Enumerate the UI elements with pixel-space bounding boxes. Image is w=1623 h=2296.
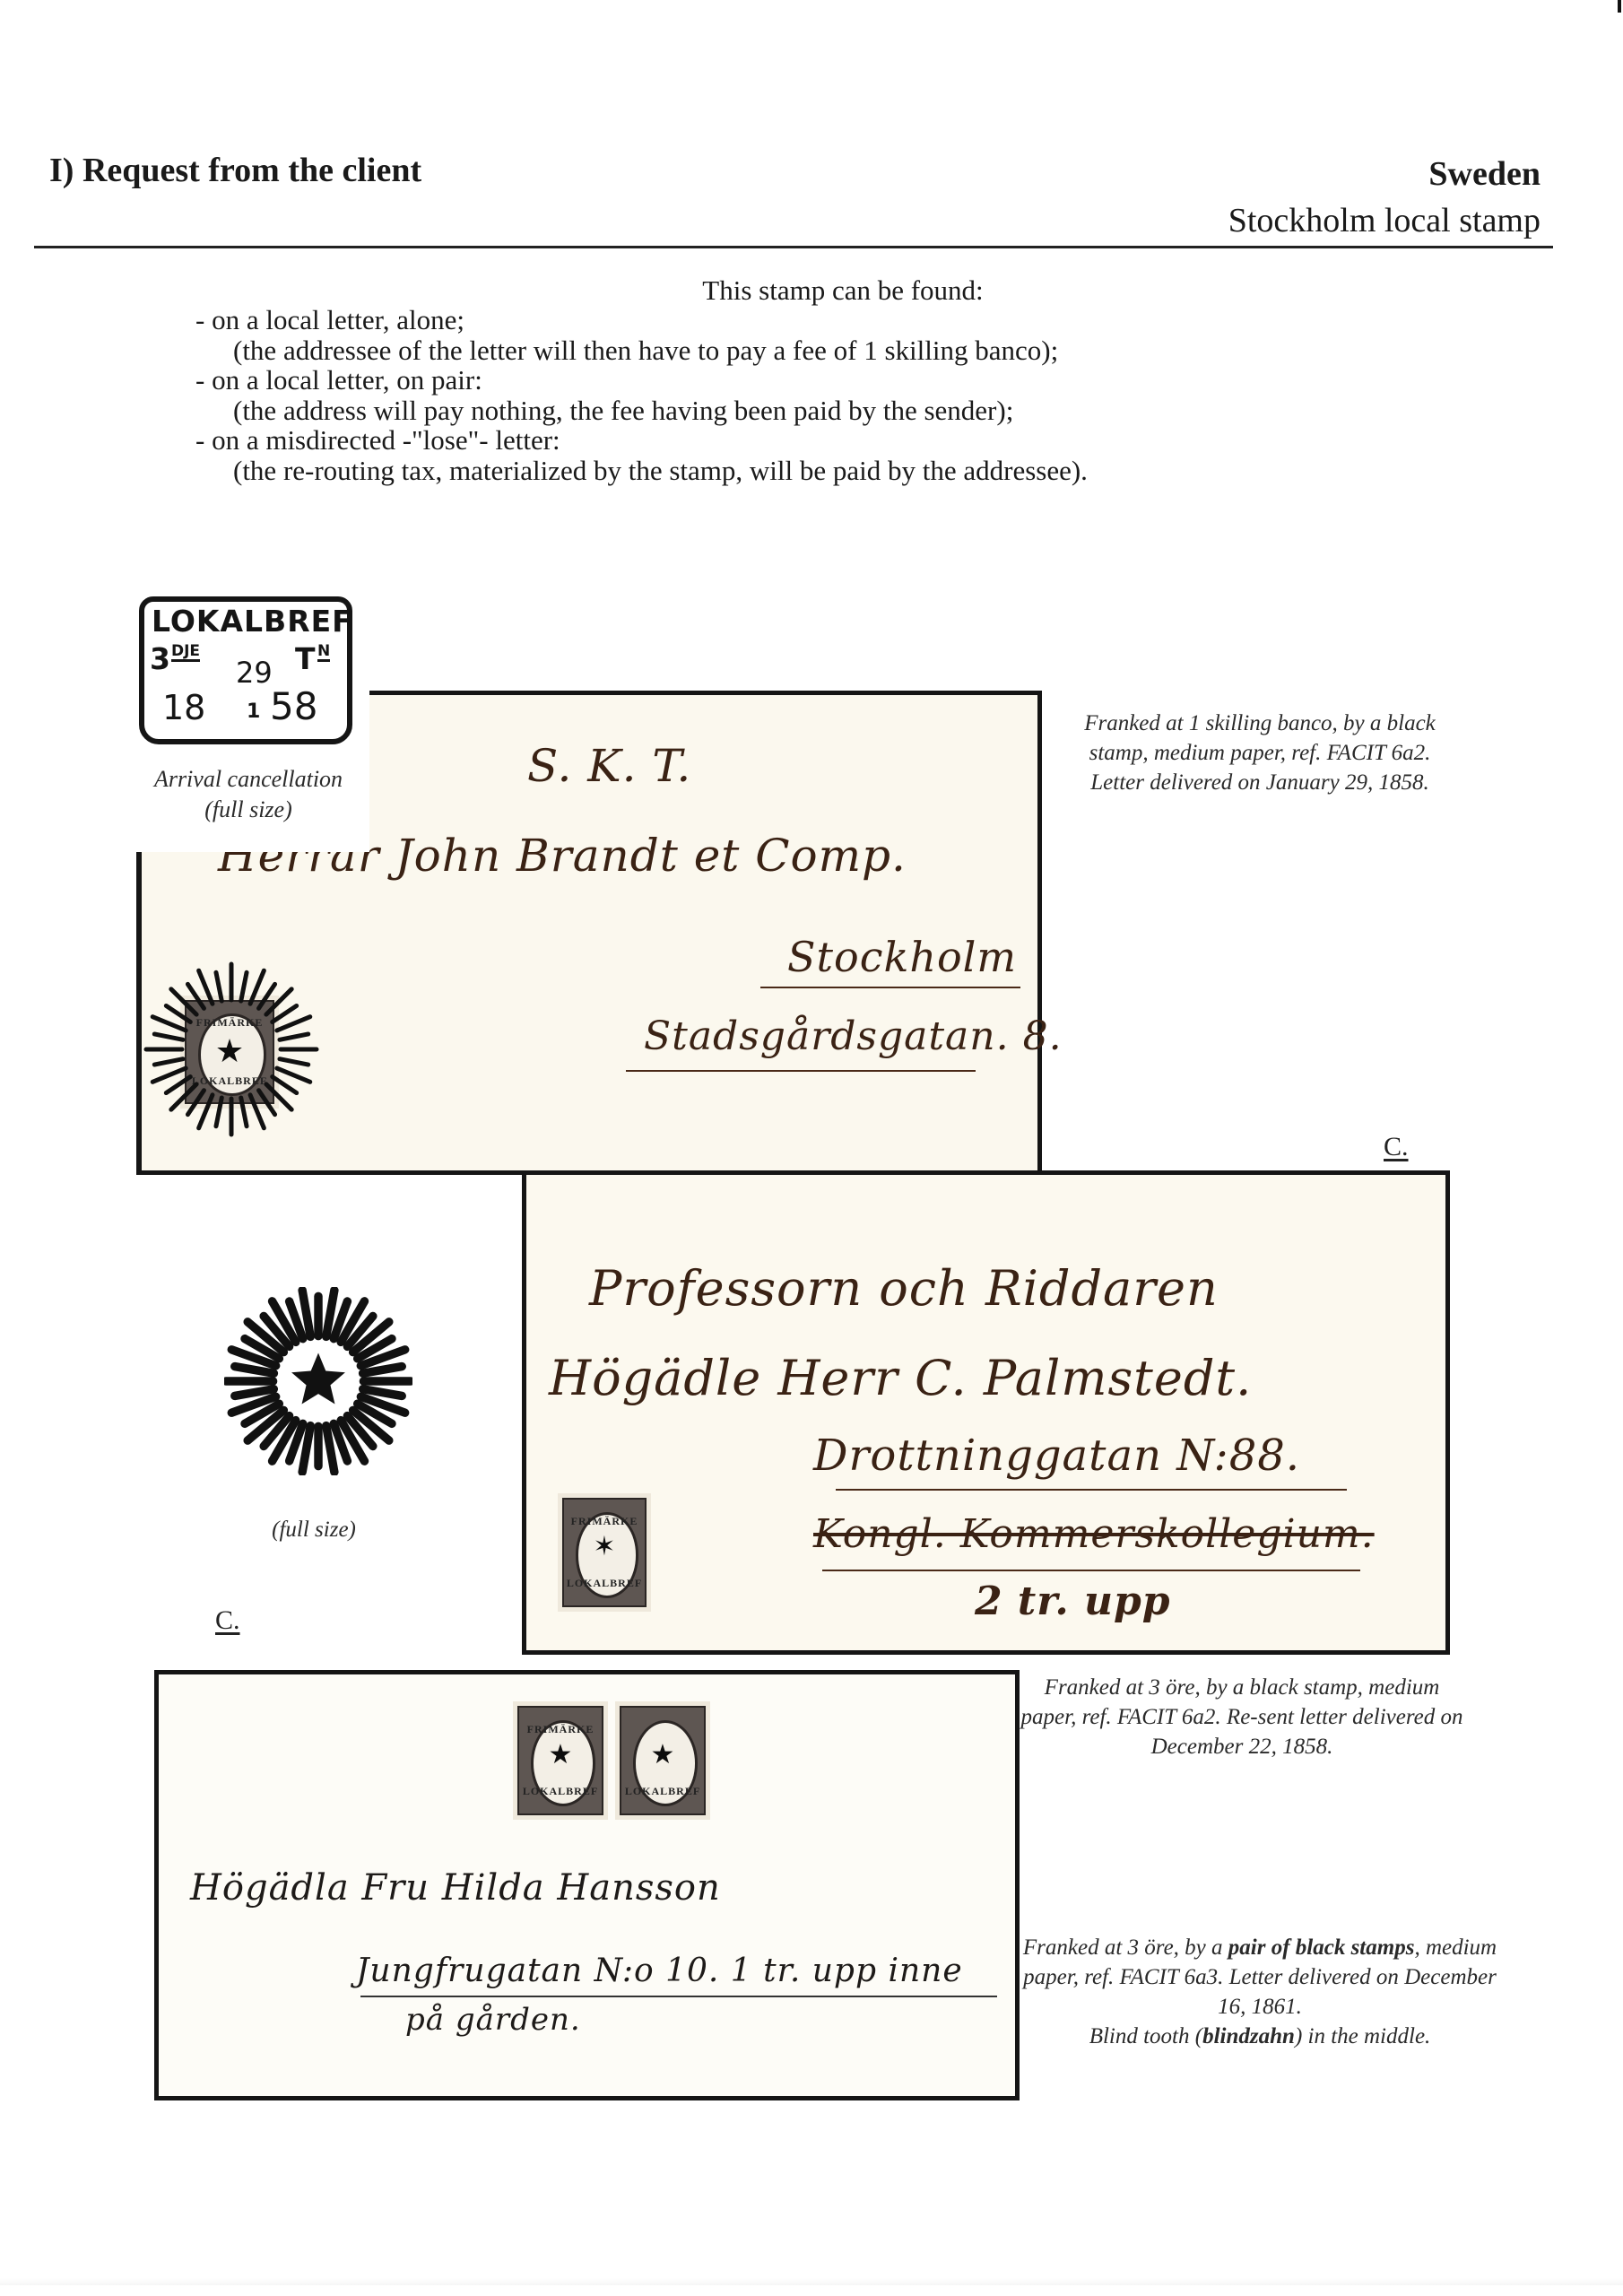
- scan-footer-shadow: [0, 2278, 1623, 2285]
- intro-bullet: - on a local letter, alone;: [195, 305, 1088, 335]
- arrival-cancellation-stamp: LOKALBREF 3 DJE 29 T N 18 1 58: [139, 596, 352, 744]
- stamp-legend-bottom: LOKALBREF: [519, 1785, 602, 1798]
- ink-underline: [836, 1489, 1347, 1491]
- address-line: Högädla Fru Hilda Hansson: [190, 1867, 721, 1909]
- caption-line: Arrival cancellation: [127, 764, 369, 795]
- envelope-3: Högädla Fru Hilda Hansson Jungfrugatan N…: [154, 1670, 1020, 2100]
- postage-stamp-right: LOKALBREF ★: [620, 1706, 706, 1815]
- cancel-year-prefix: 18: [162, 688, 205, 727]
- address-line: Stadsgårdsgatan. 8.: [644, 1013, 1063, 1059]
- star-icon: ★: [621, 1739, 704, 1770]
- address-line-struck: Kongl. Kommerskollegium.: [813, 1511, 1375, 1557]
- address-line: S. K. T.: [527, 740, 691, 792]
- envelope-2-caption: Franked at 3 öre, by a black stamp, medi…: [1018, 1673, 1466, 1761]
- caption-text: Franked at 3 öre, by a: [1023, 1935, 1228, 1960]
- arrival-cancellation-caption: Arrival cancellation (full size): [127, 764, 369, 825]
- address-line: Professorn och Riddaren: [589, 1260, 1219, 1317]
- star-icon: ✶: [564, 1531, 645, 1562]
- cancel-time-suffix: N: [317, 643, 330, 662]
- intro-bullet: - on a misdirected -"lose"- letter:: [195, 425, 1088, 456]
- address-line: 2 tr. upp: [975, 1578, 1171, 1624]
- cancel-delivery-number: 3: [150, 641, 170, 676]
- header-divider: [34, 246, 1553, 248]
- intro-bullet: - on a local letter, on pair:: [195, 365, 1088, 396]
- address-line: Drottninggatan N:88.: [813, 1431, 1300, 1481]
- certificate-mark: C.: [215, 1605, 240, 1636]
- stamp-legend-top: FRIMÄRKE: [564, 1515, 645, 1528]
- cancel-time: T: [295, 641, 316, 676]
- cancel-delivery-suffix: DJE: [171, 643, 200, 662]
- cancel-day: 29: [236, 656, 273, 690]
- caption-text: ) in the middle.: [1295, 2024, 1430, 2048]
- intro-list: - on a local letter, alone; (the address…: [195, 305, 1088, 485]
- cancel-year-suffix: 58: [270, 684, 317, 728]
- ink-underline: [822, 1570, 1360, 1571]
- caption-line: (full size): [127, 795, 369, 825]
- country-heading: Sweden: [1428, 154, 1541, 194]
- ink-underline: [626, 1070, 976, 1072]
- star-cancel-caption: (full size): [224, 1518, 404, 1543]
- certificate-mark: C.: [1384, 1132, 1409, 1162]
- intro-note: (the address will pay nothing, the fee h…: [195, 396, 1088, 426]
- subject-heading: Stockholm local stamp: [1228, 201, 1541, 240]
- address-line: Jungfrugatan N:o 10. 1 tr. upp inne: [356, 1952, 963, 1989]
- ink-underline: [360, 1996, 997, 1997]
- cancel-text: LOKALBREF: [152, 604, 353, 639]
- ink-underline: [760, 987, 1020, 988]
- stamp-legend-bottom: LOKALBREF: [621, 1785, 704, 1798]
- envelope-1-caption: Franked at 1 skilling banco, by a black …: [1081, 709, 1439, 797]
- stamp-legend-bottom: LOKALBREF: [564, 1577, 645, 1590]
- star-burst-cancel-icon: [142, 955, 321, 1144]
- postage-stamp: FRIMÄRKE ✶ LOKALBREF: [562, 1498, 647, 1607]
- caption-emphasis: blindzahn: [1202, 2024, 1295, 2048]
- postage-stamp-left: FRIMÄRKE ★ LOKALBREF: [517, 1706, 603, 1815]
- caption-emphasis: pair of black stamps: [1228, 1935, 1415, 1960]
- intro-note: (the re-routing tax, materialized by the…: [195, 456, 1088, 486]
- caption-text: Blind tooth (: [1089, 2024, 1202, 2048]
- star-icon: ★: [519, 1739, 602, 1770]
- intro-title: This stamp can be found:: [0, 274, 1623, 307]
- star-burst-cancel-icon: [224, 1287, 412, 1475]
- envelope-2: Professorn och Riddaren Högädle Herr C. …: [522, 1170, 1450, 1655]
- address-line: Högädle Herr C. Palmstedt.: [549, 1350, 1252, 1406]
- address-line: på gården.: [405, 2002, 581, 2038]
- envelope-3-caption: Franked at 3 öre, by a pair of black sta…: [1013, 1933, 1506, 2051]
- intro-note: (the addressee of the letter will then h…: [195, 335, 1088, 366]
- stamp-legend-top: FRIMÄRKE: [519, 1723, 602, 1736]
- cancel-month: 1: [247, 700, 260, 723]
- scan-edge-mark: [1618, 0, 1621, 13]
- section-title: I) Request from the client: [49, 151, 421, 190]
- address-line: Stockholm: [787, 933, 1017, 981]
